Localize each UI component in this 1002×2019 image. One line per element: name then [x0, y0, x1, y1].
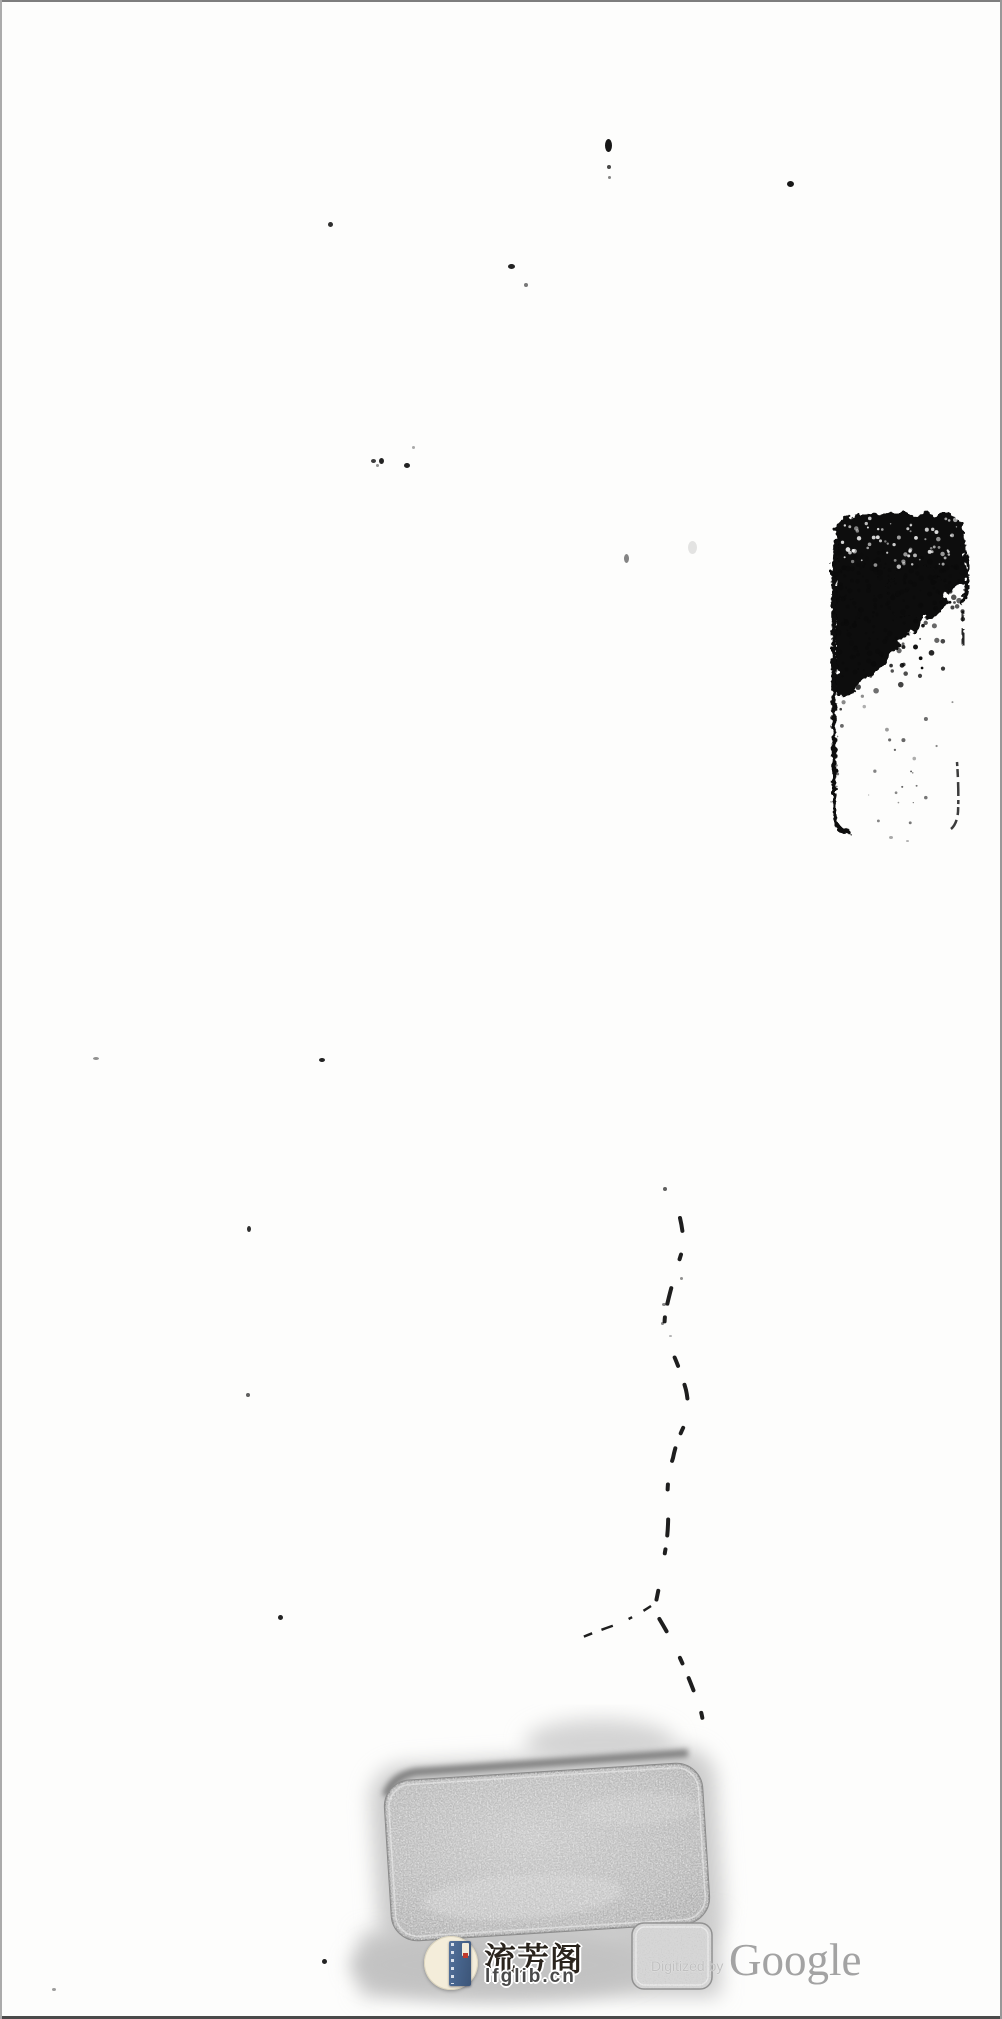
ink-speck — [524, 283, 528, 287]
ink-speck — [607, 165, 611, 169]
ink-speck — [906, 840, 909, 842]
ink-speck — [680, 1277, 683, 1280]
paper-crack-line — [583, 1218, 703, 1723]
ink-speck — [278, 1615, 283, 1620]
ink-speck — [508, 264, 515, 269]
ink-speck — [688, 541, 697, 554]
ink-speck — [662, 1303, 666, 1306]
ink-speck — [371, 459, 376, 463]
ink-speck — [889, 836, 893, 839]
ink-speck — [663, 1187, 667, 1191]
ink-speck — [328, 222, 333, 227]
watermark-site-url: lfglib.cn — [485, 1966, 576, 1988]
google-logo: Google — [729, 1934, 861, 1986]
ink-speck — [404, 463, 410, 468]
ink-speck — [379, 458, 384, 464]
tab-halo — [368, 1745, 725, 1958]
ink-speck — [661, 1322, 664, 1325]
ink-stamp-blob — [831, 514, 967, 832]
ink-speckle-cloud — [831, 517, 965, 825]
ink-speck — [624, 554, 629, 563]
page-border-top — [0, 0, 1002, 2]
page-border-left — [0, 0, 2, 2019]
ink-speck — [376, 464, 379, 467]
tab-corner-step — [632, 1923, 712, 1989]
ink-speck — [669, 1335, 672, 1337]
scan-artifacts-canvas — [0, 0, 1002, 2019]
digitized-by-label: Digitized by — [651, 1958, 723, 1974]
ink-speck — [93, 1057, 99, 1060]
ink-specks-layer — [0, 0, 1002, 2019]
ink-speck — [608, 176, 611, 179]
ink-speck — [787, 181, 794, 187]
ink-speck — [322, 1959, 327, 1964]
book-red-seal — [463, 1953, 468, 1958]
ink-speck — [605, 139, 612, 152]
scanned-blank-book-page: 流芳阁 lfglib.cn Digitized by Google — [0, 0, 1002, 2019]
ink-speck — [246, 1393, 250, 1397]
book-stitching — [451, 1943, 454, 1984]
ink-speck — [247, 1226, 251, 1232]
tab-top-shadow-rim — [386, 1753, 688, 1796]
ink-speck — [319, 1058, 325, 1062]
book-icon — [449, 1941, 471, 1986]
ink-speck — [412, 446, 415, 449]
ink-speck — [52, 1988, 56, 1991]
